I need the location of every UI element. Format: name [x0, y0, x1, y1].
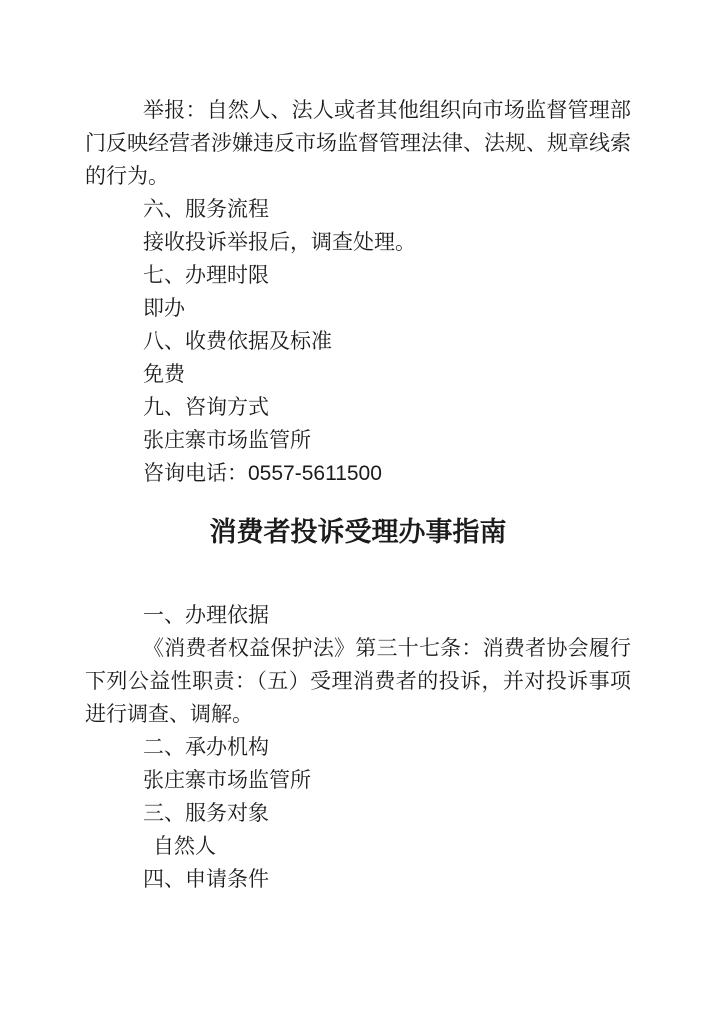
- section-content-6: 接收投诉举报后，调查处理。: [85, 226, 631, 259]
- section-heading-7: 七、办理时限: [85, 259, 631, 292]
- section-heading-8: 八、收费依据及标准: [85, 325, 631, 358]
- section-content-3: 自然人: [85, 830, 631, 863]
- document-title: 消费者投诉受理办事指南: [85, 510, 631, 554]
- section-heading-9: 九、咨询方式: [85, 391, 631, 424]
- document-page: 举报：自然人、法人或者其他组织向市场监督管理部门反映经营者涉嫌违反市场监督管理法…: [0, 0, 715, 1011]
- section-content-7: 即办: [85, 292, 631, 325]
- section-content-2: 张庄寨市场监管所: [85, 764, 631, 797]
- section-content-8: 免费: [85, 358, 631, 391]
- section-heading-4: 四、申请条件: [85, 863, 631, 896]
- section-content-1: 《消费者权益保护法》第三十七条：消费者协会履行下列公益性职责：（五）受理消费者的…: [85, 632, 631, 731]
- section-heading-3: 三、服务对象: [85, 797, 631, 830]
- phone-line: 咨询电话：0557-5611500: [85, 457, 631, 490]
- section-heading-1: 一、办理依据: [85, 599, 631, 632]
- section-content-9-office: 张庄寨市场监管所: [85, 424, 631, 457]
- report-definition-paragraph: 举报：自然人、法人或者其他组织向市场监督管理部门反映经营者涉嫌违反市场监督管理法…: [85, 94, 631, 193]
- section-heading-2: 二、承办机构: [85, 731, 631, 764]
- section-heading-6: 六、服务流程: [85, 193, 631, 226]
